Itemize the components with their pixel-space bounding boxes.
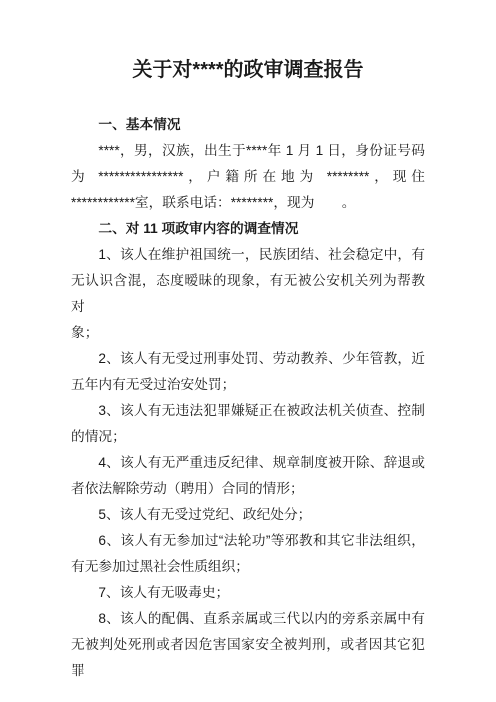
section-heading-basic-info: 一、基本情况 [71,112,425,138]
doc-line: 有无参加过黑社会性质组织； [71,554,425,580]
doc-line: 五年内有无受过治安处罚； [71,372,425,398]
doc-line: 为 ****************，户籍所在地为 ********，现住 [71,164,425,190]
doc-line: ************室，联系电话：********，现为 。 [71,190,425,216]
doc-line: 4、该人有无严重违反纪律、规章制度被开除、辞退或 [71,450,425,476]
doc-line: 3、该人有无违法犯罪嫌疑正在被政法机关侦查、控制 [71,398,425,424]
doc-line: 7、该人有无吸毒史； [71,580,425,606]
document-body: 一、基本情况 ****，男，汉族，出生于****年 1 月 1 日，身份证号码 … [71,112,425,684]
doc-line: 2、该人有无受过刑事处罚、劳动教养、少年管教，近 [71,346,425,372]
doc-line: 无认识含混，态度暧昧的现象，有无被公安机关列为帮教对 [71,268,425,320]
doc-line: 者依法解除劳动（聘用）合同的情形； [71,476,425,502]
doc-line: 1、该人在维护祖国统一，民族团结、社会稳定中，有 [71,242,425,268]
doc-line: 的情况； [71,424,425,450]
doc-line: 8、该人的配偶、直系亲属或三代以内的旁系亲属中有 [71,606,425,632]
doc-line: 象； [71,320,425,346]
section-heading-investigation: 二、对 11 项政审内容的调查情况 [71,216,425,242]
doc-line: ****，男，汉族，出生于****年 1 月 1 日，身份证号码 [71,138,425,164]
doc-line: 5、该人有无受过党纪、政纪处分； [71,502,425,528]
document-page: 关于对****的政审调查报告 一、基本情况 ****，男，汉族，出生于****年… [0,0,496,702]
doc-line: 6、该人有无参加过“法轮功”等邪教和其它非法组织， [71,528,425,554]
doc-line: 无被判处死刑或者因危害国家安全被判刑，或者因其它犯罪 [71,632,425,684]
document-title: 关于对****的政审调查报告 [71,56,425,84]
